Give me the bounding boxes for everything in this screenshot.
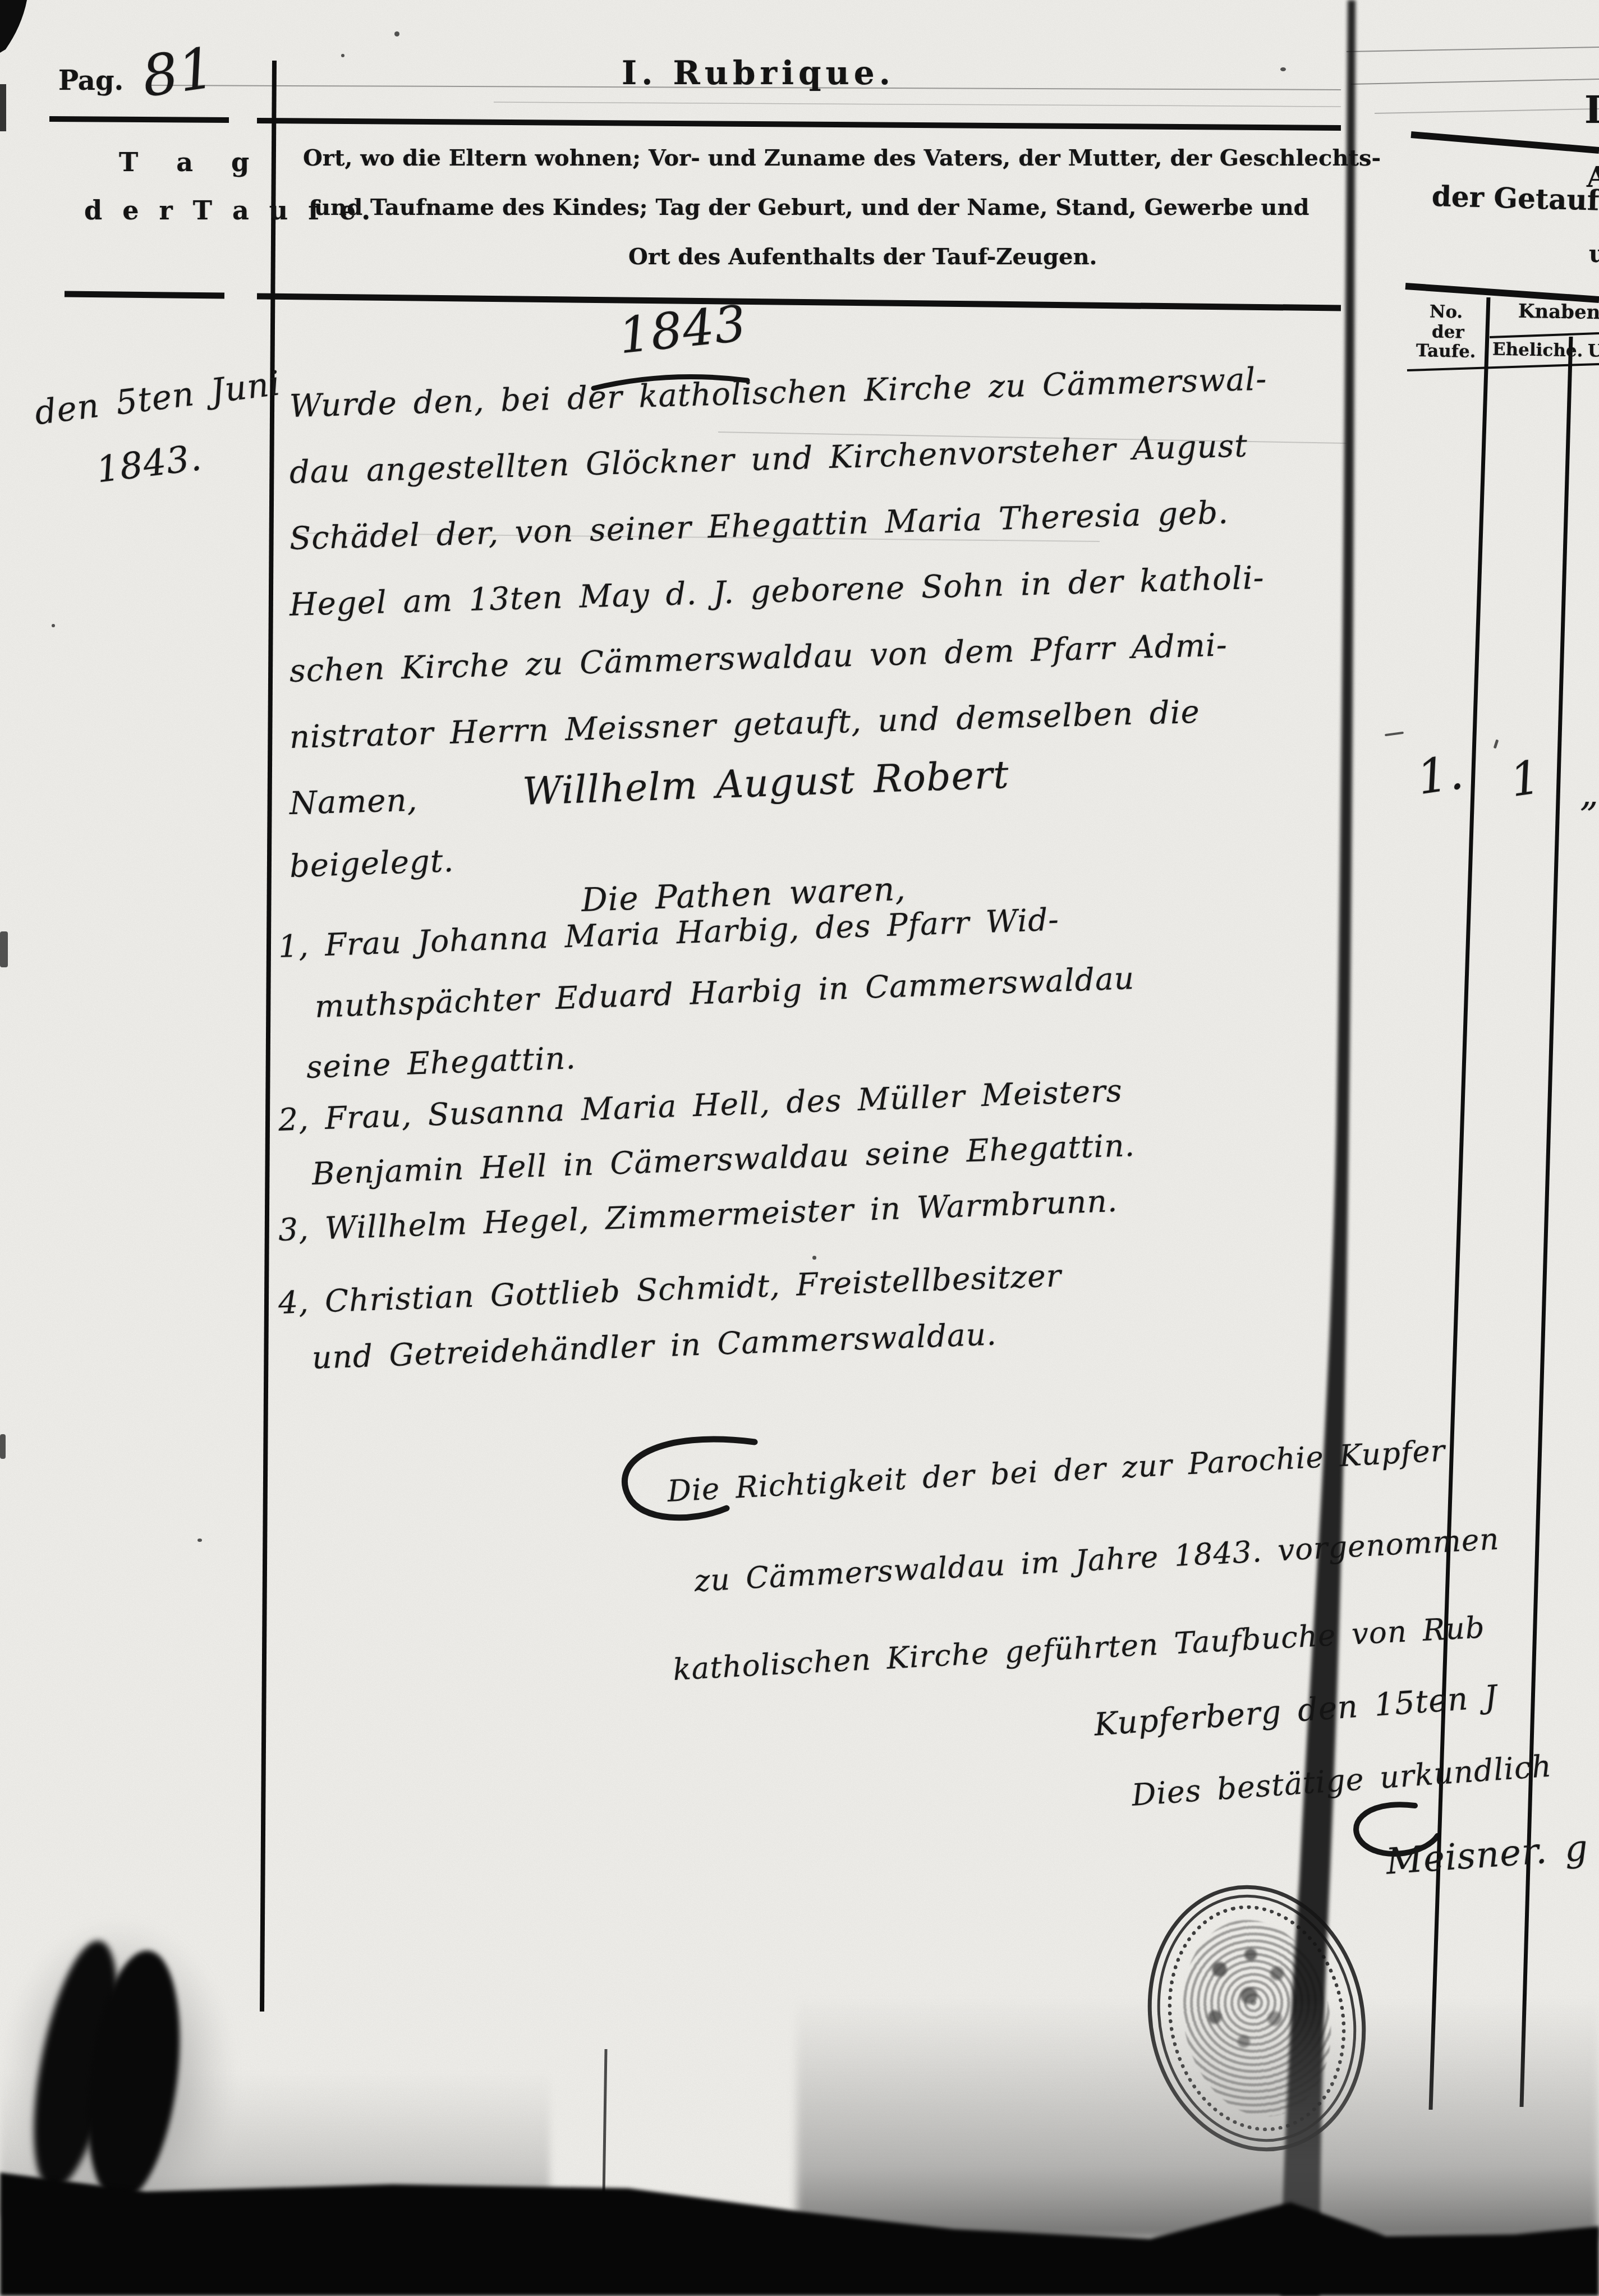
scan-shadow-artifacts — [0, 0, 1599, 2296]
register-page-scan: Pag. 81 I. Rubrique. T a g d e r T a u f… — [0, 0, 1599, 2296]
